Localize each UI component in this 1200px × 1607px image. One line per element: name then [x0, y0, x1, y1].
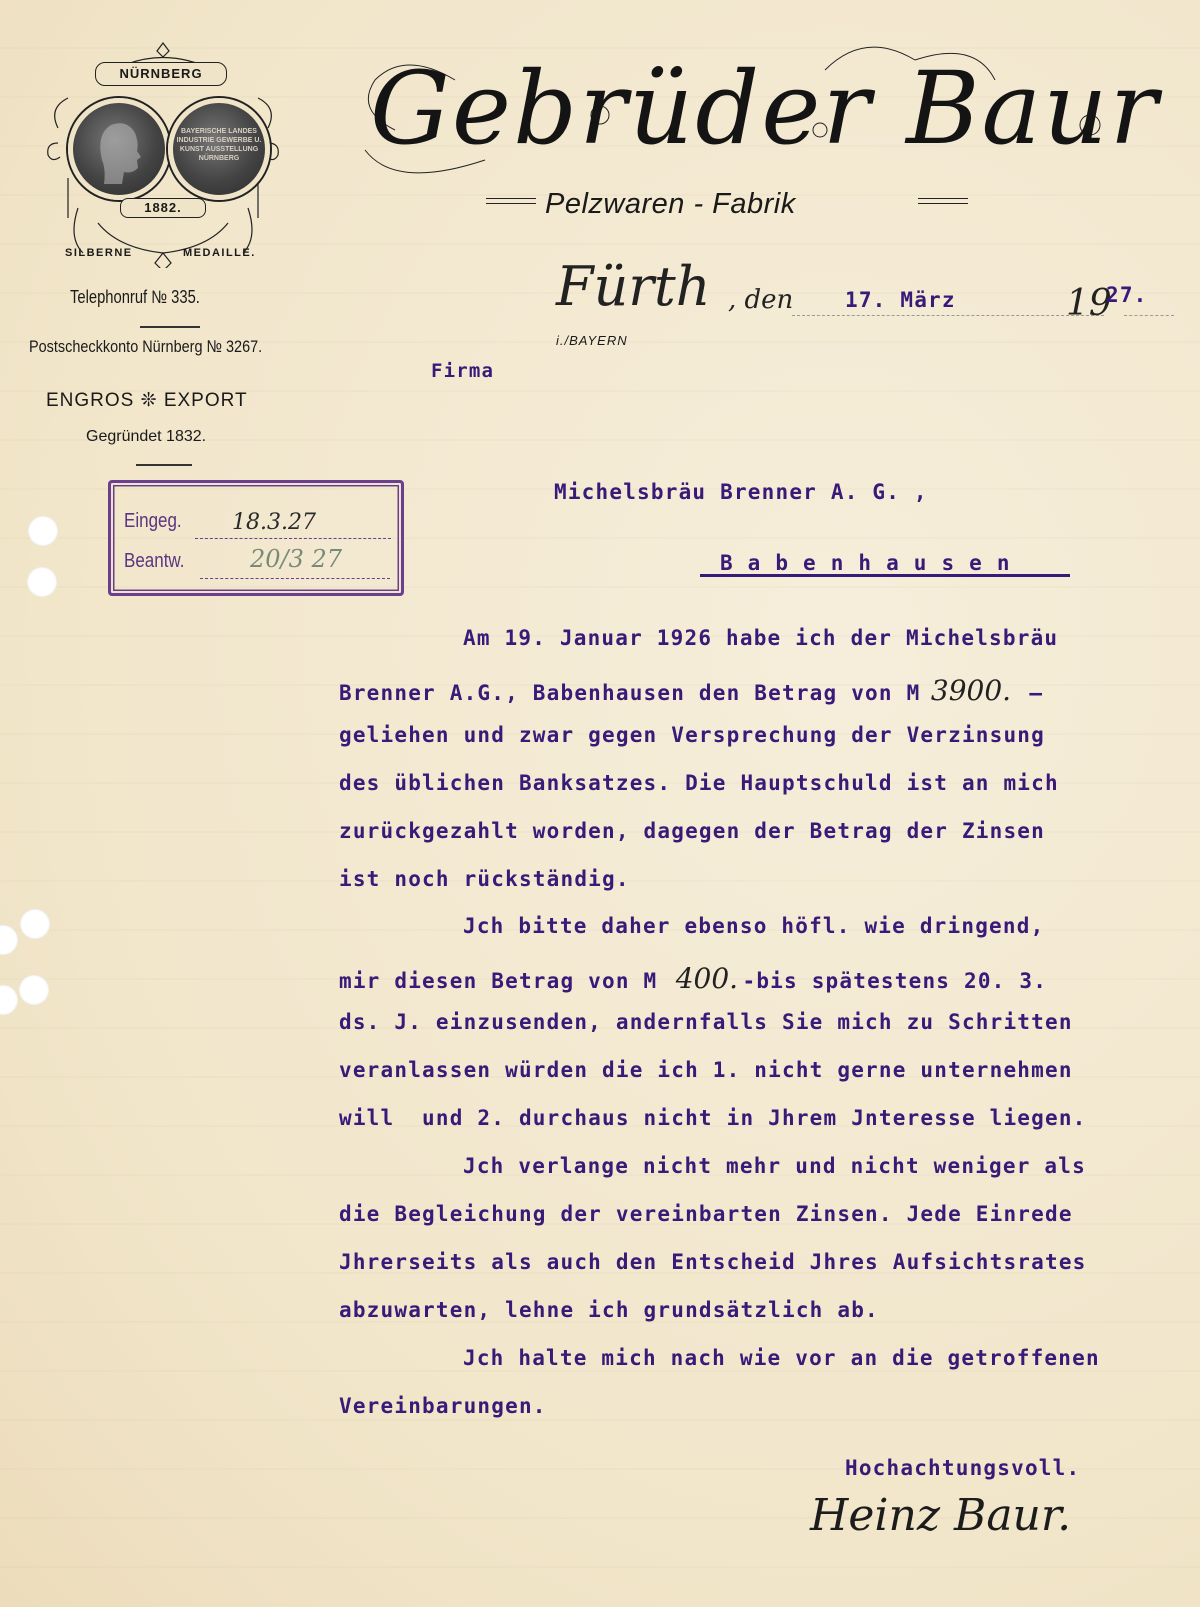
- punch-hole: [19, 975, 49, 1005]
- date-line: [792, 315, 1104, 316]
- divider: [136, 464, 192, 466]
- stamp-answered-label: Beantw.: [124, 550, 184, 573]
- body-line: abzuwarten, lehne ich grundsätzlich ab.: [339, 1298, 879, 1322]
- body-line: ds. J. einzusenden, andernfalls Sie mich…: [339, 1010, 1073, 1034]
- stamp-answered-value: 20/3 27: [250, 545, 342, 573]
- punch-hole: [27, 567, 57, 597]
- year-prefix: 19: [1066, 283, 1112, 324]
- date-typed: 17. März: [845, 288, 956, 312]
- body-line: zurückgezahlt worden, dagegen der Betrag…: [339, 819, 1045, 843]
- body-line: geliehen und zwar gegen Versprechung der…: [339, 723, 1045, 747]
- medal-coin-inscription: BAYERISCHE LANDES INDUSTRIE GEWERBE U. K…: [168, 98, 270, 200]
- medal-caption-medaille: MEDAILLE.: [183, 247, 256, 259]
- stamp-line: [200, 578, 390, 579]
- company-subtitle: Pelzwaren - Fabrik: [545, 188, 796, 221]
- body-line: Am 19. Januar 1926 habe ich der Michelsb…: [463, 626, 1058, 650]
- divider: [140, 326, 200, 328]
- body-line: Jch verlange nicht mehr und nicht wenige…: [463, 1154, 1086, 1178]
- body-line: des üblichen Banksatzes. Die Hauptschuld…: [339, 771, 1059, 795]
- body-line: die Begleichung der vereinbarten Zinsen.…: [339, 1202, 1073, 1226]
- body-line: ist noch rückständig.: [339, 867, 630, 891]
- firma-label: Firma: [431, 360, 494, 382]
- medal-coin-portrait: [68, 98, 170, 200]
- punch-hole: [20, 909, 50, 939]
- stamp-received-value: 18.3.27: [232, 510, 316, 535]
- handwritten-amount: 400.: [676, 962, 738, 995]
- medal-year-banner: 1882.: [120, 198, 206, 218]
- body-text: mir diesen Betrag von M: [339, 969, 671, 993]
- medal-caption-silberne: SILBERNE: [65, 247, 133, 259]
- body-line: Jch bitte daher ebenso höfl. wie dringen…: [463, 914, 1044, 938]
- body-line: will und 2. durchaus nicht in Jhrem Jnte…: [339, 1106, 1087, 1130]
- telephone-number: Telephonruf № 335.: [70, 287, 200, 308]
- body-line: veranlassen würden die ich 1. nicht gern…: [339, 1058, 1073, 1082]
- medal-banner-nuernberg: NÜRNBERG: [95, 62, 227, 86]
- closing: Hochachtungsvoll.: [845, 1456, 1080, 1480]
- signature: Heinz Baur.: [810, 1490, 1071, 1541]
- recipient-city: B a b e n h a u s e n: [720, 551, 1011, 575]
- region-bayern: i./BAYERN: [556, 333, 628, 348]
- company-name: Gebrüder Baur: [370, 50, 1159, 167]
- year-typed: 27.: [1106, 283, 1148, 307]
- stamp-line: [195, 538, 391, 539]
- body-line: Jch halte mich nach wie vor an die getro…: [463, 1346, 1100, 1370]
- year-line: [1124, 315, 1174, 316]
- body-text: -bis spätestens 20. 3.: [742, 969, 1047, 993]
- place-suffix: , den: [728, 285, 793, 315]
- handwritten-amount: 3900.: [931, 674, 1011, 707]
- recipient-name: Michelsbräu Brenner A. G. ,: [554, 480, 928, 504]
- subtitle-left-ornament: [486, 198, 536, 204]
- postscheck-account: Postscheckkonto Nürnberg № 3267.: [29, 337, 262, 357]
- body-line: Brenner A.G., Babenhausen den Betrag von…: [339, 674, 1043, 707]
- punch-hole: [0, 925, 18, 955]
- engros-export-label: ENGROS ❊ EXPORT: [46, 389, 248, 412]
- body-line: mir diesen Betrag von M 400. -bis spätes…: [339, 962, 1047, 995]
- punch-hole: [28, 516, 58, 546]
- place-fuerth: Fürth: [556, 255, 711, 318]
- body-line: Jhrerseits als auch den Entscheid Jhres …: [339, 1250, 1087, 1274]
- body-line: Vereinbarungen.: [339, 1394, 547, 1418]
- stamp-received-label: Eingeg.: [124, 510, 182, 533]
- medal-inscription-text: BAYERISCHE LANDES INDUSTRIE GEWERBE U. K…: [173, 127, 265, 163]
- body-text: —: [1016, 681, 1044, 705]
- founded-label: Gegründet 1832.: [86, 428, 206, 446]
- punch-hole: [0, 985, 18, 1015]
- recipient-city-underline: [700, 574, 1070, 577]
- subtitle-right-ornament: [918, 198, 968, 204]
- body-text: Brenner A.G., Babenhausen den Betrag von…: [339, 681, 920, 705]
- portrait-icon: [73, 103, 165, 195]
